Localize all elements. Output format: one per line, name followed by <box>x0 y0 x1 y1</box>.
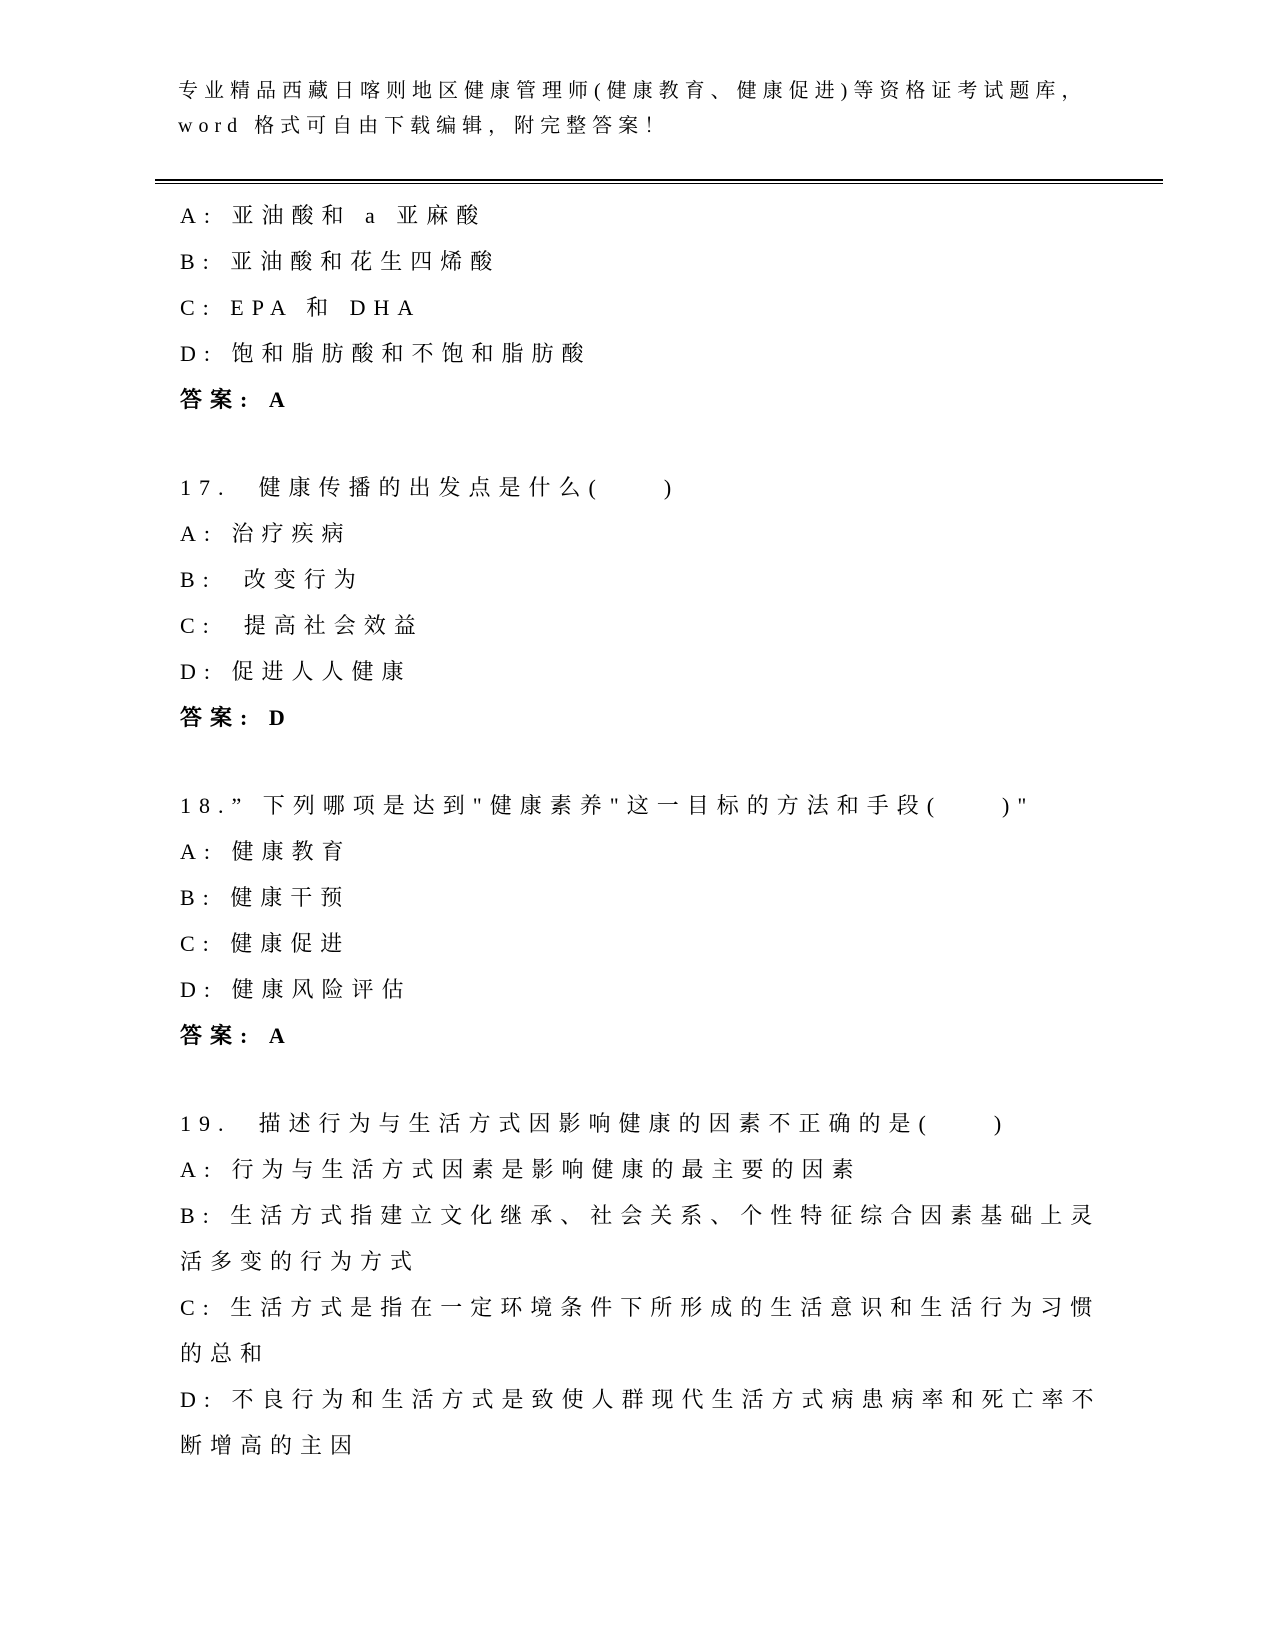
option-line-b: B: 健康干预 <box>180 875 1125 921</box>
option-line-c: C: 健康促进 <box>180 921 1125 967</box>
divider-thick-line <box>155 179 1163 181</box>
header-line-1: 专业精品西藏日喀则地区健康管理师(健康教育、健康促进)等资格证考试题库， <box>178 74 1163 109</box>
answer-line: 答案: D <box>180 695 1125 741</box>
document-page: 专业精品西藏日喀则地区健康管理师(健康教育、健康促进)等资格证考试题库， wor… <box>0 0 1275 1650</box>
option-line-b: B: 亚油酸和花生四烯酸 <box>180 239 1125 285</box>
divider-thin-line <box>155 183 1163 184</box>
page-header: 专业精品西藏日喀则地区健康管理师(健康教育、健康促进)等资格证考试题库， wor… <box>155 74 1163 184</box>
option-line-c: C: 提高社会效益 <box>180 603 1125 649</box>
option-line-d: D: 饱和脂肪酸和不饱和脂肪酸 <box>180 331 1125 377</box>
answer-line: 答案: A <box>180 377 1125 423</box>
option-line-a: A: 治疗疾病 <box>180 511 1125 557</box>
option-line-d: D: 不良行为和生活方式是致使人群现代生活方式病患病率和死亡率不断增高的主因 <box>180 1377 1125 1469</box>
answer-line: 答案: A <box>180 1013 1125 1059</box>
option-line-a: A: 亚油酸和 a 亚麻酸 <box>180 193 1125 239</box>
question-block-19: 19. 描述行为与生活方式因影响健康的因素不正确的是( ) A: 行为与生活方式… <box>180 1101 1125 1469</box>
option-line-c: C: EPA 和 DHA <box>180 285 1125 331</box>
header-line-2: word 格式可自由下载编辑，附完整答案！ <box>178 109 1163 144</box>
header-text: 专业精品西藏日喀则地区健康管理师(健康教育、健康促进)等资格证考试题库， wor… <box>155 74 1163 144</box>
question-list: A: 亚油酸和 a 亚麻酸 B: 亚油酸和花生四烯酸 C: EPA 和 DHA … <box>180 193 1125 1469</box>
option-line-d: D: 促进人人健康 <box>180 649 1125 695</box>
question-stem: 17. 健康传播的出发点是什么( ) <box>180 465 1125 511</box>
question-block-17: 17. 健康传播的出发点是什么( ) A: 治疗疾病 B: 改变行为 C: 提高… <box>180 465 1125 741</box>
option-line-a: A: 健康教育 <box>180 829 1125 875</box>
option-line-b: B: 改变行为 <box>180 557 1125 603</box>
option-line-a: A: 行为与生活方式因素是影响健康的最主要的因素 <box>180 1147 1125 1193</box>
option-line-b: B: 生活方式指建立文化继承、社会关系、个性特征综合因素基础上灵活多变的行为方式 <box>180 1193 1125 1285</box>
option-line-d: D: 健康风险评估 <box>180 967 1125 1013</box>
question-stem: 19. 描述行为与生活方式因影响健康的因素不正确的是( ) <box>180 1101 1125 1147</box>
option-line-c: C: 生活方式是指在一定环境条件下所形成的生活意识和生活行为习惯的总和 <box>180 1285 1125 1377</box>
question-block-16: A: 亚油酸和 a 亚麻酸 B: 亚油酸和花生四烯酸 C: EPA 和 DHA … <box>180 193 1125 423</box>
header-divider <box>155 179 1163 184</box>
question-block-18: 18.” 下列哪项是达到"健康素养"这一目标的方法和手段( )" A: 健康教育… <box>180 783 1125 1059</box>
question-stem: 18.” 下列哪项是达到"健康素养"这一目标的方法和手段( )" <box>180 783 1125 829</box>
